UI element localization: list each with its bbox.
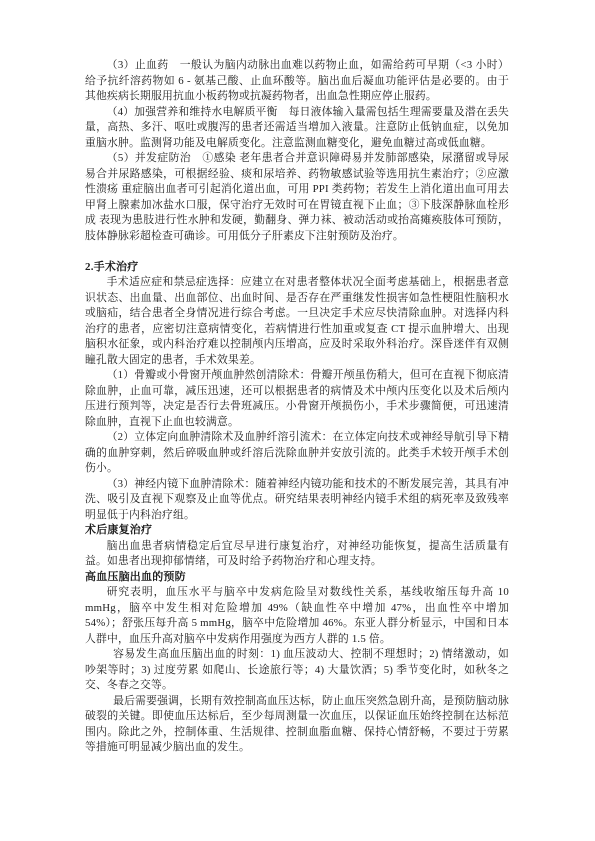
section-heading-postop-rehabilitation: 术后康复治疗 <box>85 523 509 539</box>
paragraph-final-emphasis: 最后需要强调，长期有效控制高血压达标，防止血压突然急剧升高，是预防脑动脉破裂的关… <box>85 694 509 756</box>
paragraph-craniotomy-evacuation: （1）骨瓣或小骨窗开颅血肿然创清除术：骨瓣开颅虽伤稍大，但可在直视下彻底清除血肿… <box>85 368 509 430</box>
paragraph-high-risk-moments: 容易发生高血压脑出血的时刻：1) 血压波动大、控制不理想时；2) 情绪激动，如吵… <box>85 647 509 694</box>
paragraph-hemostatic-drugs: （3）止血药 一般认为脑内动脉出血难以药物止血，如需给药可早期（<3 小时）给予… <box>85 58 509 105</box>
paragraph-complication-prevention: （5）并发症防治 ①感染 老年患者合并意识障碍易并发肺部感染，尿潴留或导尿易合并… <box>85 151 509 244</box>
paragraph-rehabilitation: 脑出血患者病情稳定后宜尽早进行康复治疗，对神经功能恢复，提高生活质量有益。如患者… <box>85 539 509 570</box>
document-body: （3）止血药 一般认为脑内动脉出血难以药物止血，如需给药可早期（<3 小时）给予… <box>85 58 509 756</box>
paragraph-stereotactic-drainage: （2）立体定向血肿清除术及血肿纤溶引流术：在立体定向技术或神经导航引导下精确的血… <box>85 430 509 477</box>
section-heading-surgical-treatment: 2.手术治疗 <box>85 260 509 276</box>
paragraph-surgical-indications: 手术适应症和禁忌症选择：应建立在对患者整体状况全面考虑基础上，根据患者意识状态、… <box>85 275 509 368</box>
paragraph-endoscopic-evacuation: （3）神经内镜下血肿清除术：随着神经内镜功能和技术的不断发展完善，其具有冲洗、吸… <box>85 477 509 524</box>
paragraph-nutrition-fluid-balance: （4）加强营养和维持水电解质平衡 每日液体输入量需包括生理需要量及潜在丢失量，高… <box>85 105 509 152</box>
section-heading-hypertensive-ich-prevention: 高血压脑出血的预防 <box>85 570 509 586</box>
document-page: （3）止血药 一般认为脑内动脉出血难以药物止血，如需给药可早期（<3 小时）给予… <box>0 0 595 841</box>
paragraph-bp-stroke-risk-statistics: 研究表明，血压水平与脑卒中发病危险呈对数线性关系，基线收缩压每升高 10 mmH… <box>85 585 509 647</box>
